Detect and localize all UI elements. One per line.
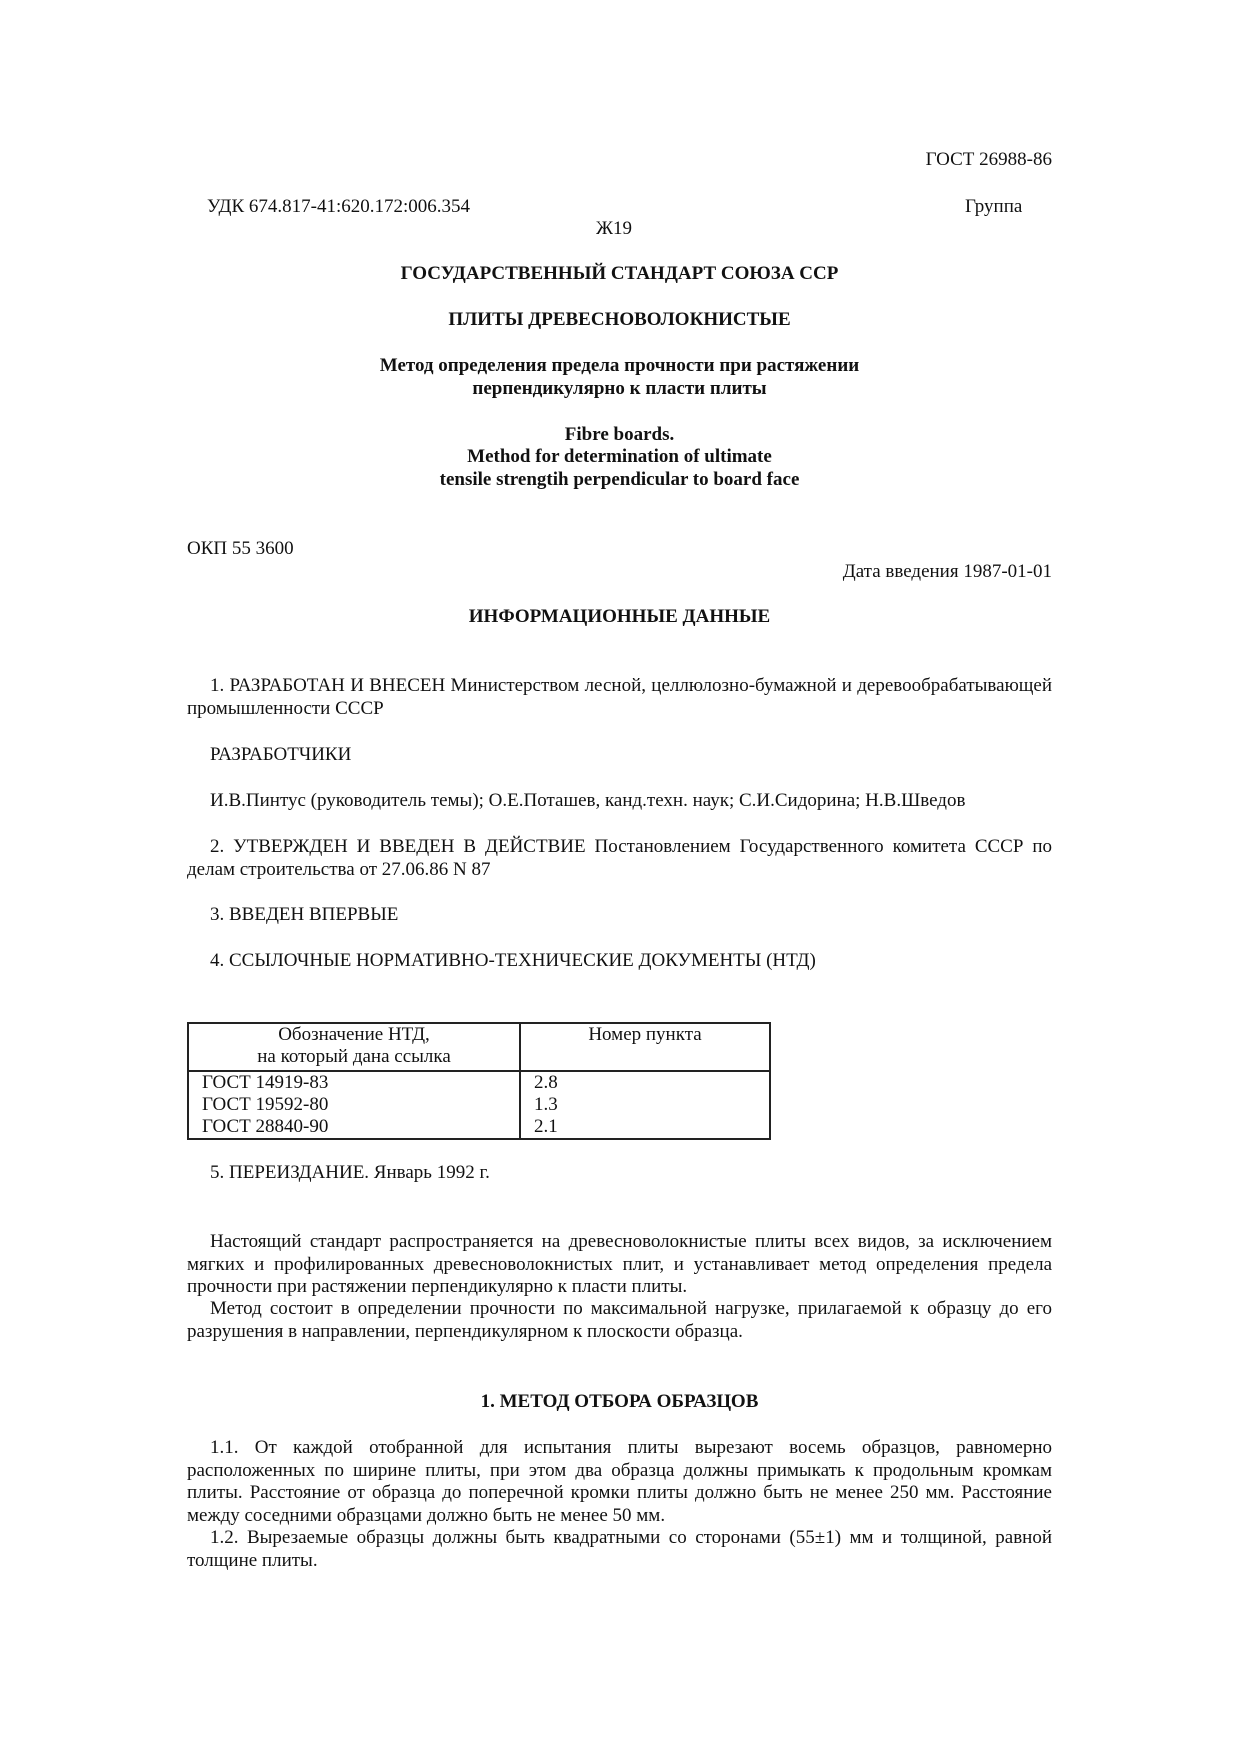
title-en-line1: Fibre boards.	[187, 424, 1052, 446]
group-label: Группа	[965, 196, 1022, 218]
udk-code: УДК 674.817-41:620.172:006.354	[207, 196, 470, 218]
header-ntd-line2: на который дана ссылка	[257, 1046, 451, 1067]
title-en-line2: Method for determination of ultimate	[187, 446, 1052, 468]
table-row: ГОСТ 19592-80 1.3	[188, 1094, 770, 1116]
table-row: ГОСТ 14919-83 2.8	[188, 1071, 770, 1094]
gost-number: ГОСТ 26988-86	[926, 149, 1052, 171]
standard-title: ГОСУДАРСТВЕННЫЙ СТАНДАРТ СОЮЗА ССР	[187, 263, 1052, 285]
okp-code: ОКП 55 3600	[187, 538, 294, 560]
info-item-3: 3. ВВЕДЕН ВПЕРВЫЕ	[210, 904, 398, 926]
header-ntd-line1: Обозначение НТД,	[278, 1024, 430, 1045]
clause-1-2: 1.2. Вырезаемые образцы должны быть квад…	[187, 1527, 1052, 1572]
method-title-ru-line1: Метод определения предела прочности при …	[187, 355, 1052, 377]
info-item-1: 1. РАЗРАБОТАН И ВНЕСЕН Министерством лес…	[187, 675, 1052, 720]
intro-paragraph-1: Настоящий стандарт распространяется на д…	[187, 1231, 1052, 1299]
table-cell-clause: 1.3	[520, 1094, 770, 1116]
header-clause-number: Номер пункта	[520, 1023, 770, 1071]
table-cell-doc: ГОСТ 19592-80	[188, 1094, 520, 1116]
table-header-row: Обозначение НТД, на который дана ссылка …	[188, 1023, 770, 1071]
info-item-4: 4. ССЫЛОЧНЫЕ НОРМАТИВНО-ТЕХНИЧЕСКИЕ ДОКУ…	[210, 950, 816, 972]
intro-date: Дата введения 1987-01-01	[843, 561, 1052, 583]
group-code: Ж19	[596, 218, 632, 240]
info-item-2: 2. УТВЕРЖДЕН И ВВЕДЕН В ДЕЙСТВИЕ Постано…	[187, 836, 1052, 881]
product-title: ПЛИТЫ ДРЕВЕСНОВОЛОКНИСТЫЕ	[187, 309, 1052, 331]
table-cell-clause: 2.1	[520, 1116, 770, 1139]
table-cell-clause: 2.8	[520, 1071, 770, 1094]
table-cell-doc: ГОСТ 14919-83	[188, 1071, 520, 1094]
developers-list: И.В.Пинтус (руководитель темы); О.Е.Пота…	[210, 790, 965, 812]
clause-1-1: 1.1. От каждой отобранной для испытания …	[187, 1437, 1052, 1527]
developers-label: РАЗРАБОТЧИКИ	[210, 744, 351, 766]
info-item-5: 5. ПЕРЕИЗДАНИЕ. Январь 1992 г.	[210, 1162, 490, 1184]
info-heading: ИНФОРМАЦИОННЫЕ ДАННЫЕ	[187, 606, 1052, 628]
title-en-line3: tensile strengtih perpendicular to board…	[187, 469, 1052, 491]
table-row: ГОСТ 28840-90 2.1	[188, 1116, 770, 1139]
ntd-reference-table: Обозначение НТД, на который дана ссылка …	[187, 1022, 771, 1140]
method-title-ru-line2: перпендикулярно к пласти плиты	[187, 378, 1052, 400]
intro-paragraph-2: Метод состоит в определении прочности по…	[187, 1298, 1052, 1343]
section-1-heading: 1. МЕТОД ОТБОРА ОБРАЗЦОВ	[187, 1391, 1052, 1413]
table-cell-doc: ГОСТ 28840-90	[188, 1116, 520, 1139]
header-ntd-designation: Обозначение НТД, на который дана ссылка	[188, 1023, 520, 1071]
